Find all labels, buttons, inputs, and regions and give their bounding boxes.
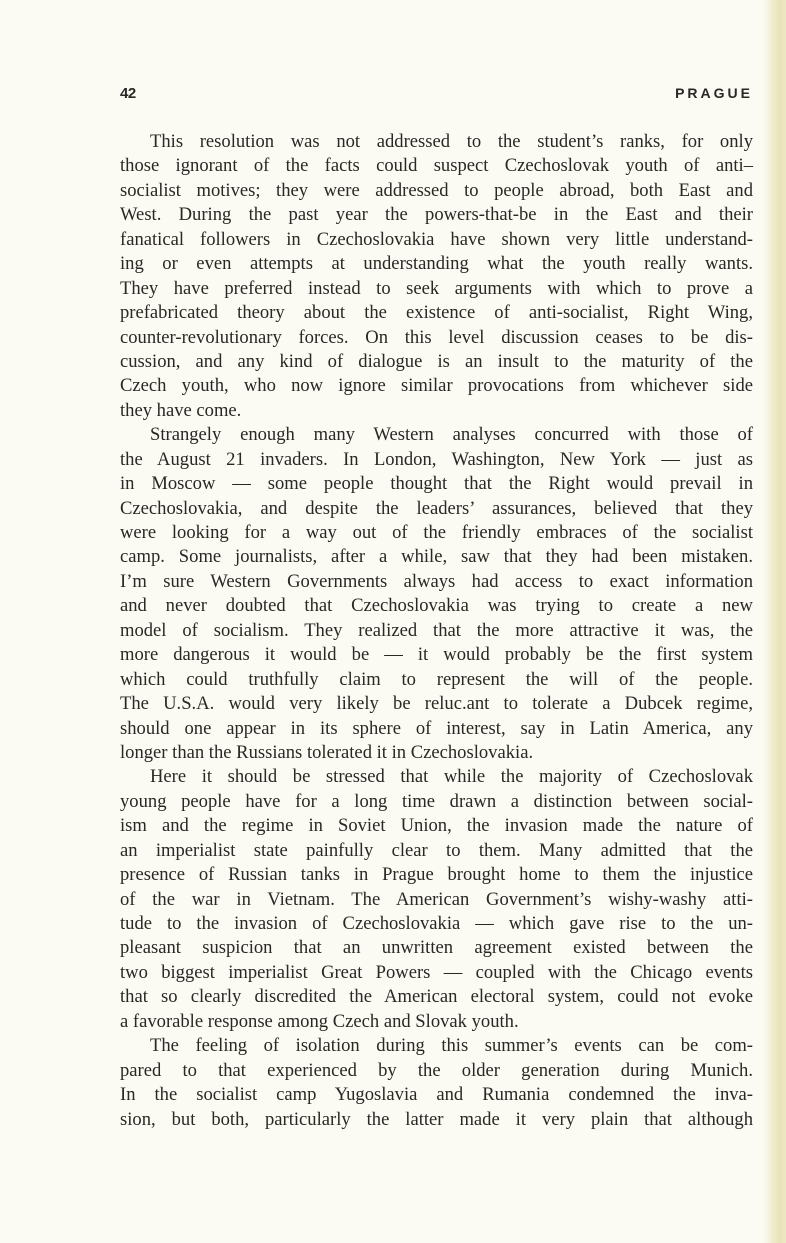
text-line: tude to the invasion of Czechoslovakia —… <box>120 912 753 936</box>
paragraph: This resolution was not addressed to the… <box>120 130 753 423</box>
text-line: ism and the regime in Soviet Union, the … <box>120 814 753 838</box>
text-line: In the socialist camp Yugoslavia and Rum… <box>120 1083 753 1107</box>
text-line: that so clearly discredited the American… <box>120 985 753 1009</box>
text-line: were looking for a way out of the friend… <box>120 521 753 545</box>
text-line: in Moscow — some people thought that the… <box>120 472 753 496</box>
running-head: PRAGUE <box>675 85 753 101</box>
text-line: pared to that experienced by the older g… <box>120 1059 753 1083</box>
text-line: young people have for a long time drawn … <box>120 790 753 814</box>
text-line: two biggest imperialist Great Powers — c… <box>120 961 753 985</box>
text-line: ing or even attempts at understanding wh… <box>120 252 753 276</box>
text-line: pleasant suspicion that an unwritten agr… <box>120 936 753 960</box>
text-line: longer than the Russians tolerated it in… <box>120 741 753 765</box>
text-line: an imperialist state painfully clear to … <box>120 839 753 863</box>
text-line: Strangely enough many Western analyses c… <box>120 423 753 447</box>
text-line: This resolution was not addressed to the… <box>120 130 753 154</box>
text-line: They have preferred instead to seek argu… <box>120 277 753 301</box>
text-line: fanatical followers in Czechoslovakia ha… <box>120 228 753 252</box>
text-line: of the war in Vietnam. The American Gove… <box>120 888 753 912</box>
text-line: socialist motives; they were addressed t… <box>120 179 753 203</box>
text-line: those ignorant of the facts could suspec… <box>120 154 753 178</box>
text-line: Czech youth, who now ignore similar prov… <box>120 374 753 398</box>
text-line: they have come. <box>120 399 753 423</box>
text-line: The U.S.A. would very likely be reluc.an… <box>120 692 753 716</box>
text-line: counter-revolutionary forces. On this le… <box>120 326 753 350</box>
text-line: model of socialism. They realized that t… <box>120 619 753 643</box>
paragraph: Strangely enough many Western analyses c… <box>120 423 753 765</box>
text-line: and never doubted that Czechoslovakia wa… <box>120 594 753 618</box>
paragraph: The feeling of isolation during this sum… <box>120 1034 753 1132</box>
text-line: Czechoslovakia, and despite the leaders’… <box>120 497 753 521</box>
text-line: I’m sure Western Governments always had … <box>120 570 753 594</box>
text-line: West. During the past year the powers-th… <box>120 203 753 227</box>
text-line: Here it should be stressed that while th… <box>120 765 753 789</box>
text-line: prefabricated theory about the existence… <box>120 301 753 325</box>
text-line: the August 21 invaders. In London, Washi… <box>120 448 753 472</box>
page-gutter-shadow <box>764 0 786 1243</box>
page-header: 42 PRAGUE <box>120 85 753 107</box>
text-line: should one appear in its sphere of inter… <box>120 717 753 741</box>
text-line: more dangerous it would be — it would pr… <box>120 643 753 667</box>
text-line: which could truthfully claim to represen… <box>120 668 753 692</box>
text-line: The feeling of isolation during this sum… <box>120 1034 753 1058</box>
text-line: a favorable response among Czech and Slo… <box>120 1010 753 1034</box>
paragraph: Here it should be stressed that while th… <box>120 765 753 1034</box>
text-line: cussion, and any kind of dialogue is an … <box>120 350 753 374</box>
text-line: sion, but both, particularly the latter … <box>120 1108 753 1132</box>
body-text: This resolution was not addressed to the… <box>120 130 753 1132</box>
page-number: 42 <box>120 85 136 102</box>
text-line: presence of Russian tanks in Prague brou… <box>120 863 753 887</box>
text-line: camp. Some journalists, after a while, s… <box>120 545 753 569</box>
